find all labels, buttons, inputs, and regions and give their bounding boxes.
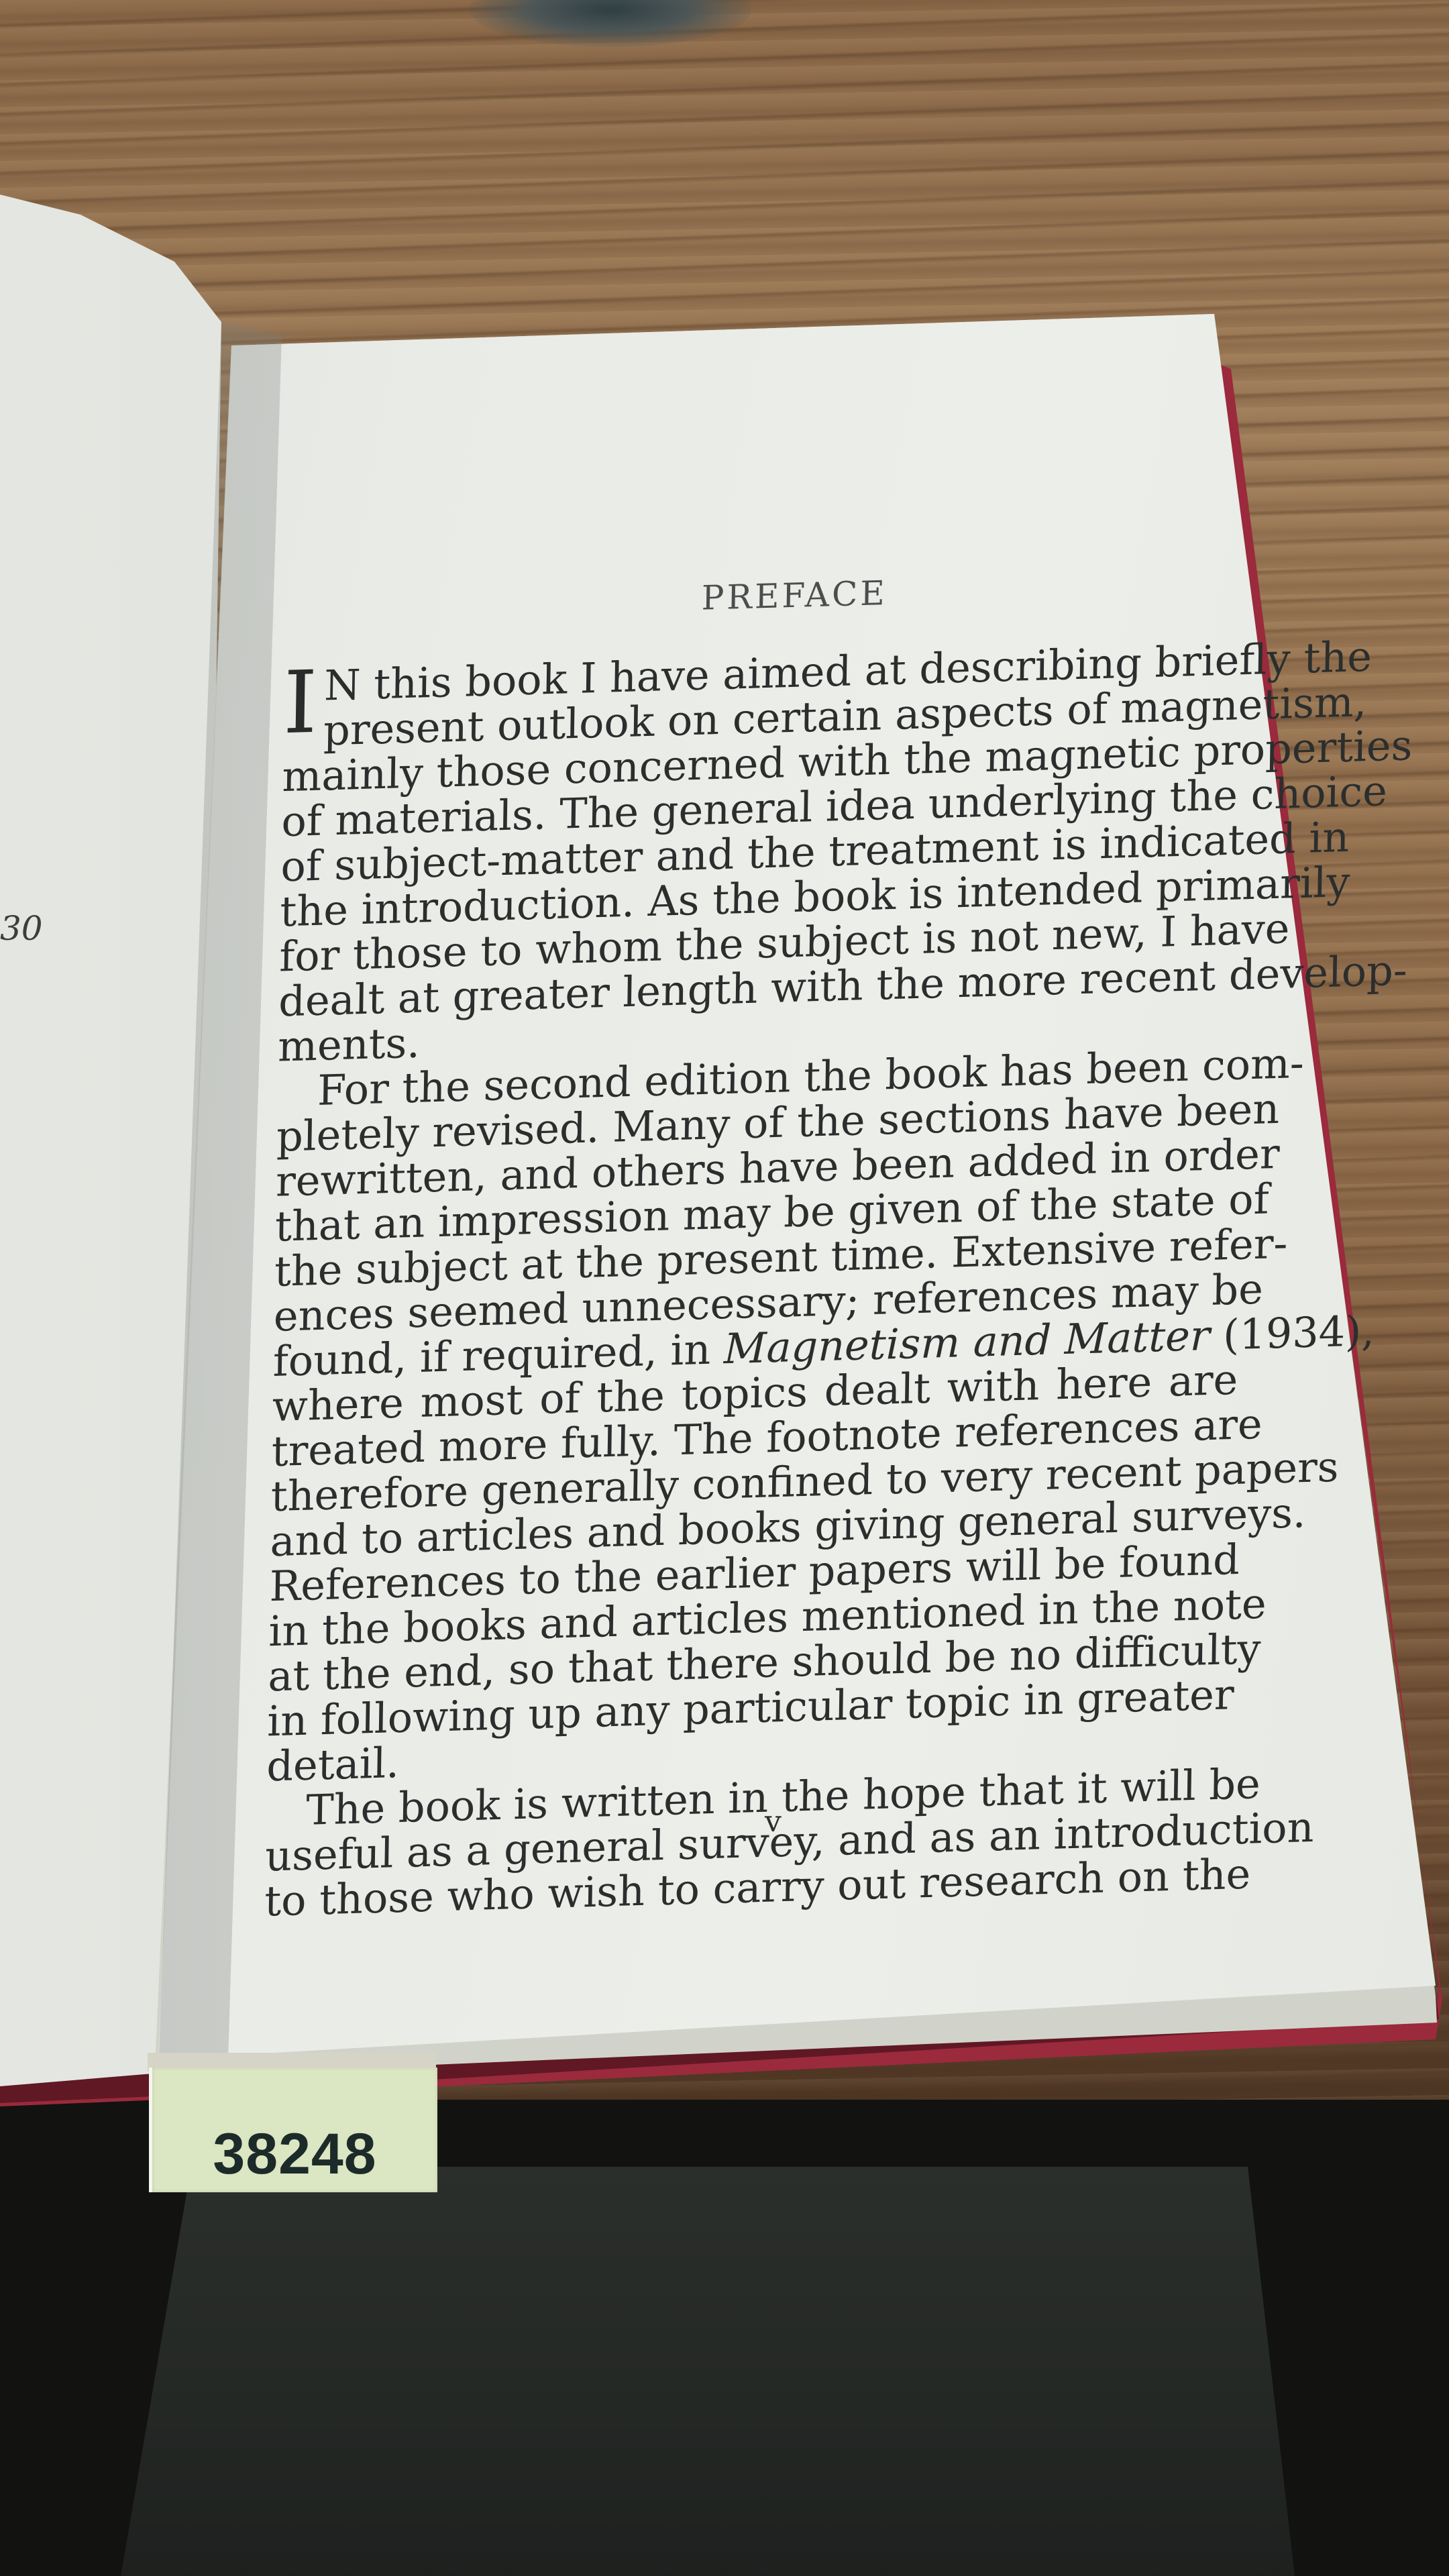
dark-fabric [121,2167,1295,2576]
preface-text: PREFACE I N this book I have aimed at de… [264,563,1251,1924]
left-page-fragment: 30 [0,909,43,948]
paragraph-2: For the second edition the book has been… [266,1042,1243,1788]
paragraph-3: The book is written in the hope that it … [264,1762,1232,1923]
inventory-number: 38248 [152,2121,437,2188]
paragraph-1: I N this book I have aimed at describing… [278,637,1250,1069]
text-fragment: (1934), [1210,1306,1375,1360]
drop-cap: I [282,666,317,741]
inventory-label: 38248 [149,2068,437,2192]
page-number: v [765,1805,782,1839]
